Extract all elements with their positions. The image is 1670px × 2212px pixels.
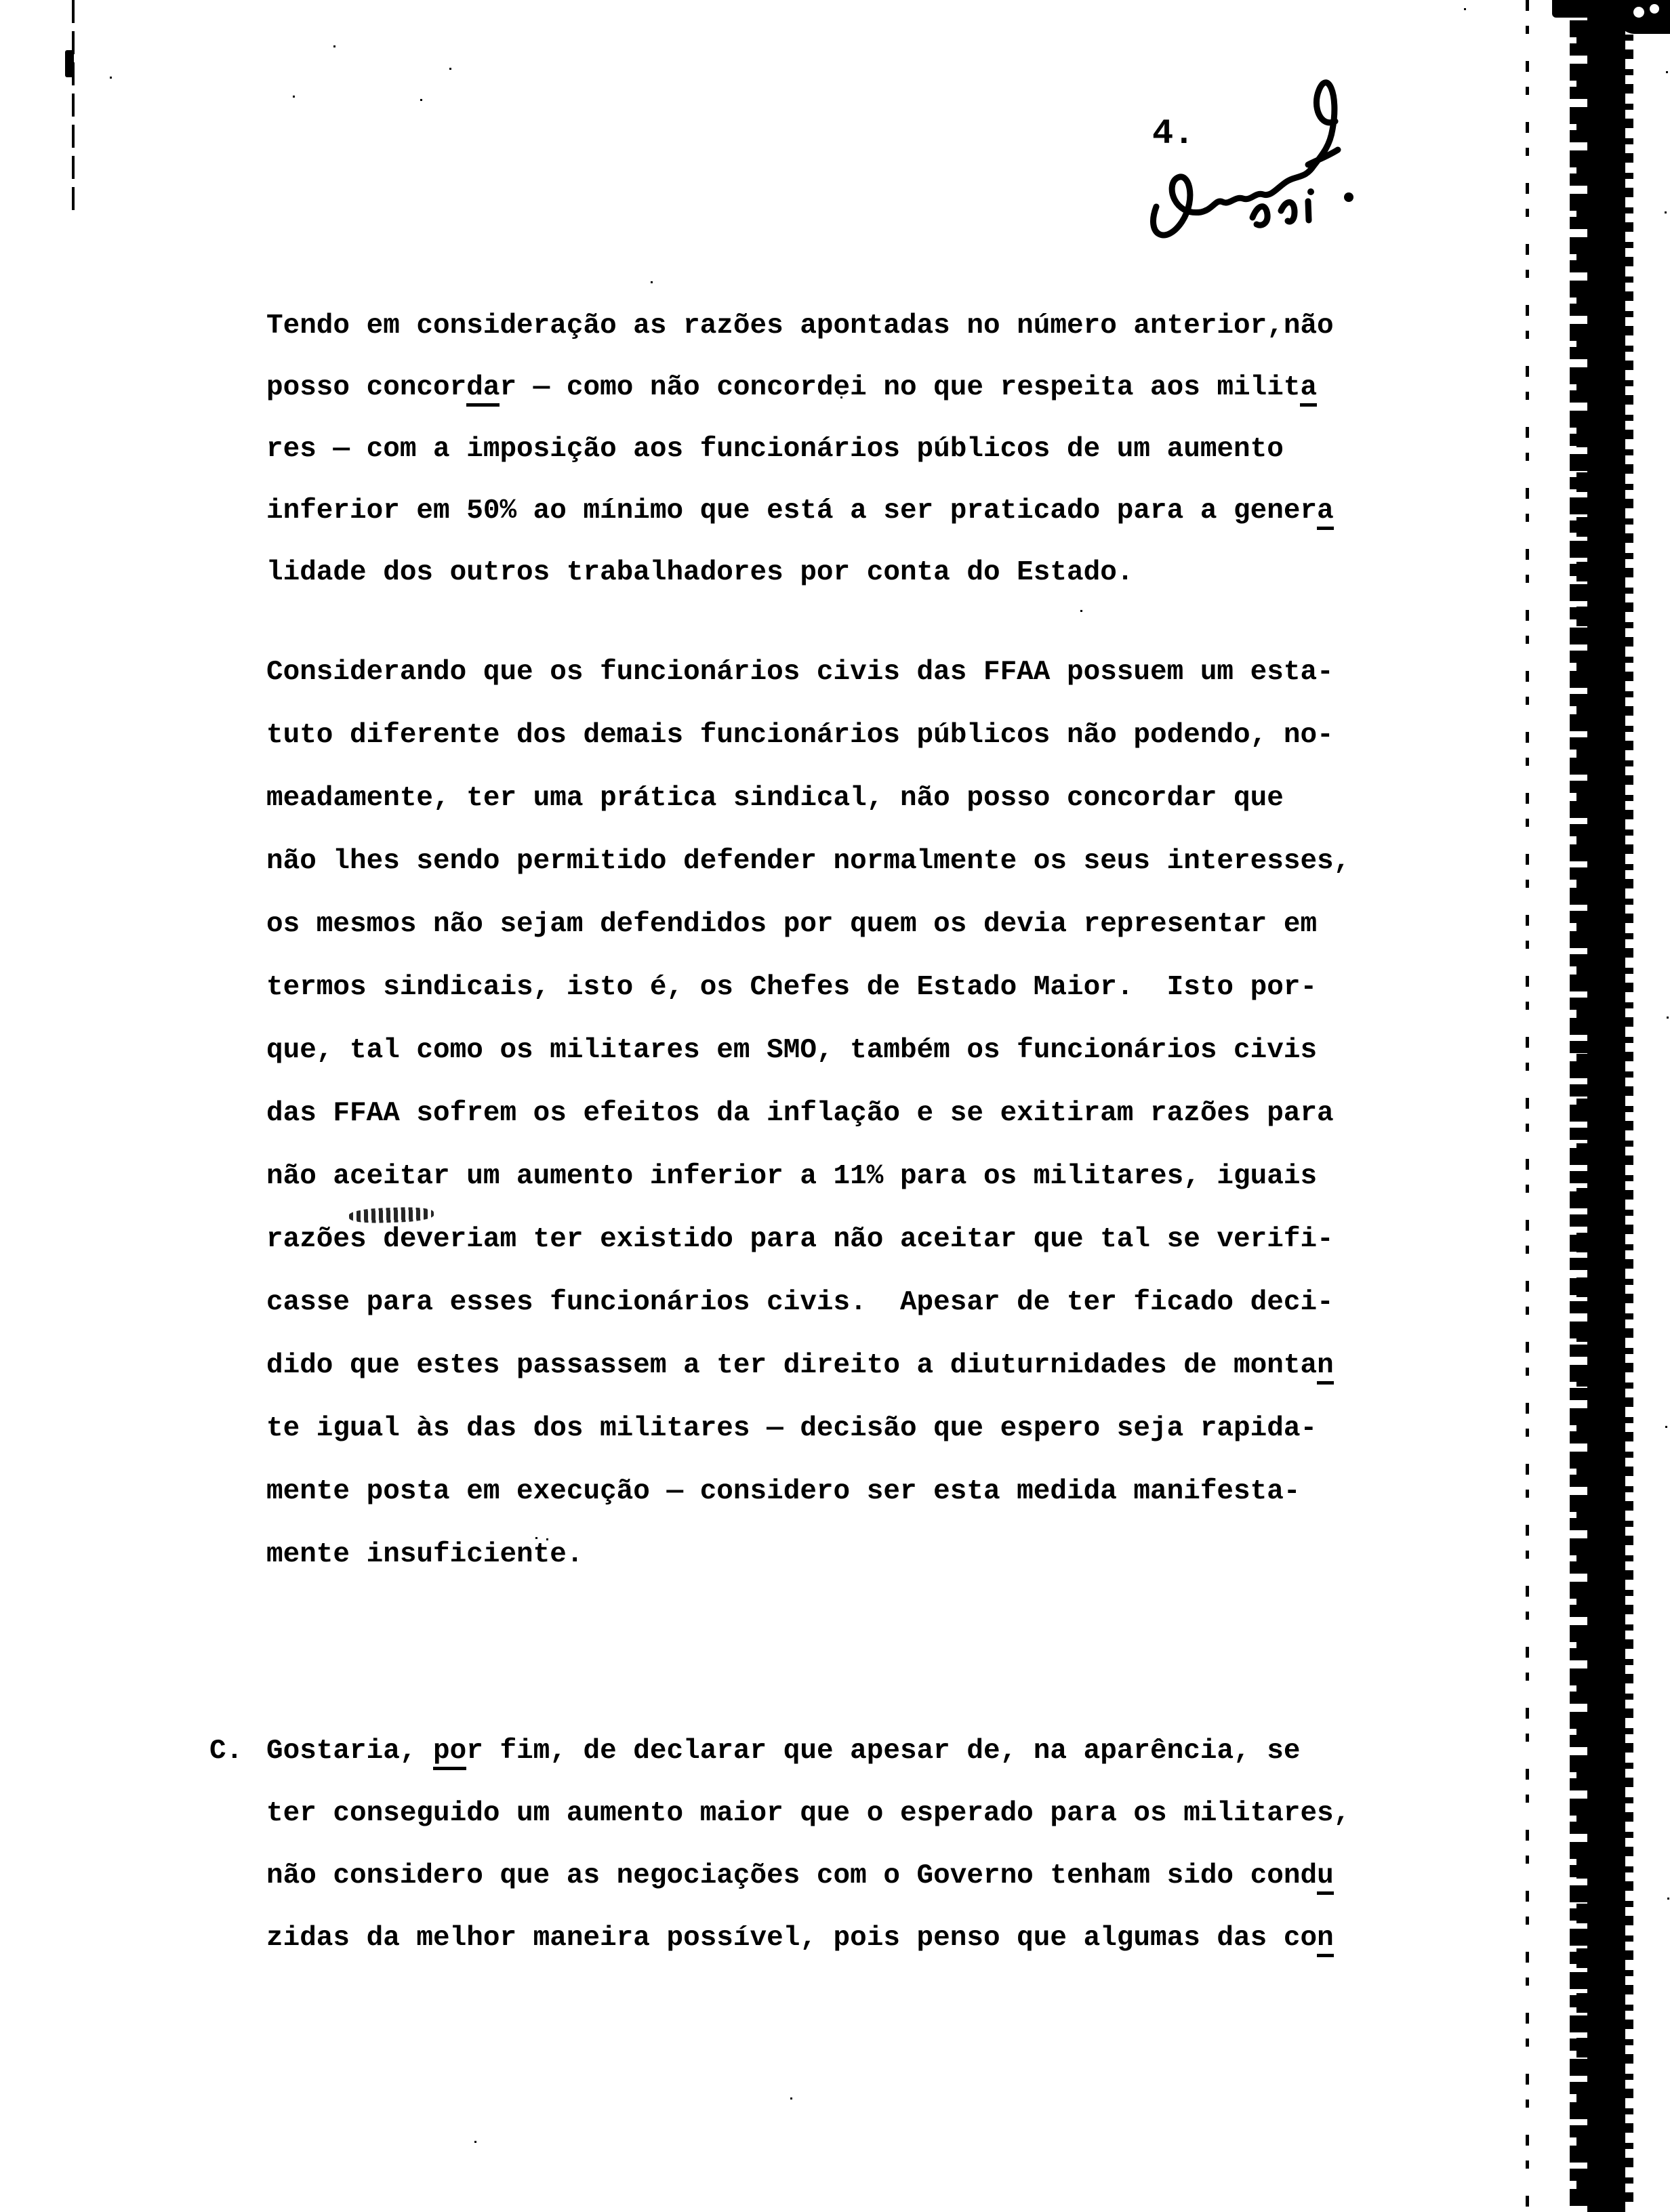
text-line: tuto diferente dos demais funcionários p… [266,704,1378,767]
paragraph-1: Tendo em consideração as razões apontada… [266,295,1378,604]
text-line: meadamente, ter uma prática sindical, nã… [266,767,1378,830]
handwritten-signature [1145,64,1376,247]
text-line: que, tal como os militares em SMO, també… [266,1019,1378,1082]
right-scan-band-top-blob [1552,0,1627,18]
text-line: os mesmos não sejam defendidos por quem … [266,893,1378,956]
text-line: não aceitar um aumento inferior a 11% pa… [266,1145,1378,1208]
paragraph-3-section-c: C. Gostaria, por fim, de declarar que ap… [266,1720,1378,1969]
text-line: casse para esses funcionários civis. Ape… [266,1271,1378,1334]
text-line: te igual às das dos militares — decisão … [266,1397,1378,1460]
text-line: ter conseguido um aumento maior que o es… [266,1782,1378,1845]
right-scan-band [1587,0,1625,2212]
text-line: zidas da melhor maneira possível, pois p… [266,1907,1378,1969]
text-line: não considero que as negociações com o G… [266,1845,1378,1907]
scanned-document-page: 4. Tendo em consideração as razões apont… [0,0,1670,2212]
corner-blob-hole [1650,4,1659,14]
right-scan-band-fringe-right [1624,0,1633,2212]
text-line: inferior em 50% ao mínimo que está a ser… [266,480,1378,542]
text-line: Tendo em consideração as razões apontada… [266,295,1378,357]
text-line: lidade dos outros trabalhadores por cont… [266,542,1378,604]
text-line: não lhes sendo permitido defender normal… [266,830,1378,893]
text-line: Gostaria, por fim, de declarar que apesa… [266,1720,1378,1782]
text-line: termos sindicais, isto é, os Chefes de E… [266,956,1378,1019]
text-line: razões deveriam ter existido para não ac… [266,1208,1378,1271]
text-line: mente insuficiente. [266,1523,1378,1586]
left-edge-ink-blob [65,50,74,77]
text-line: res — com a imposição aos funcionários p… [266,419,1378,480]
text-line: dido que estes passassem a ter direito a… [266,1334,1378,1397]
left-edge-scan-line [72,0,75,211]
corner-blob-hole [1633,7,1644,18]
section-marker-c: C. [209,1720,243,1782]
paragraph-2: Considerando que os funcionários civis d… [266,641,1378,1586]
top-right-corner-ink-blob [1617,0,1670,34]
text-line: das FFAA sofrem os efeitos da inflação e… [266,1082,1378,1145]
text-line: mente posta em execução — considero ser … [266,1460,1378,1523]
text-line: posso concordar — como não concordei no … [266,357,1378,419]
scan-specks [0,0,2,2]
text-line: Considerando que os funcionários civis d… [266,641,1378,704]
right-dashed-scan-line [1526,0,1529,2212]
